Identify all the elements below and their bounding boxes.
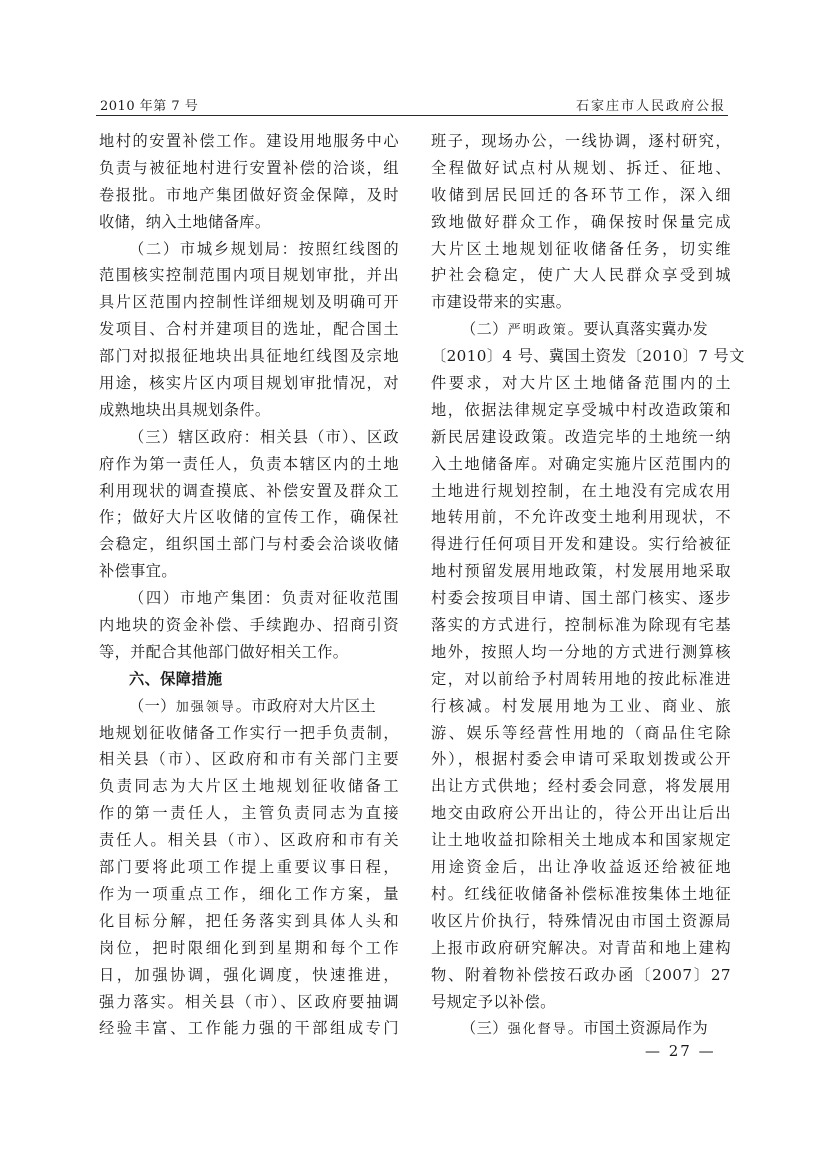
text-line: 补偿事宜。 bbox=[99, 558, 399, 585]
text-line: 利用现状的调查摸底、补偿安置及群众工 bbox=[99, 478, 399, 505]
text-line: 定，对以前给予村周转用地的按此标准进 bbox=[431, 666, 731, 693]
item-number: （二） bbox=[461, 320, 508, 338]
text-line: 收储，纳入土地储备库。 bbox=[99, 209, 399, 236]
text-line: 村。红线征收储备补偿标准按集体土地征 bbox=[431, 881, 731, 908]
text-line: 范围核实控制范围内项目规划审批，并出 bbox=[99, 262, 399, 289]
text-line: 发项目、合村并建项目的选址，配合国土 bbox=[99, 316, 399, 343]
text-line: 上报市政府研究解决。对青苗和地上建构 bbox=[431, 935, 731, 962]
text-line: 土地进行规划控制，在土地没有完成农用 bbox=[431, 478, 731, 505]
header-rule bbox=[96, 115, 728, 116]
text-line: 等，并配合其他部门做好相关工作。 bbox=[99, 639, 399, 666]
right-column: 班子，现场办公，一线协调，逐村研究，全程做好试点村从规划、拆迁、征地、收储到居民… bbox=[431, 128, 731, 1042]
text-line: 强力落实。相关县（市）、区政府要抽调 bbox=[99, 989, 399, 1016]
text-line: 市建设带来的实惠。 bbox=[431, 289, 731, 316]
left-column: 地村的安置补偿工作。建设用地服务中心负责与被征地村进行安置补偿的洽谈，组卷报批。… bbox=[99, 128, 399, 1042]
text-line: 责任人。相关县（市）、区政府和市有关 bbox=[99, 827, 399, 854]
text-line: 部门对拟报征地块出具征地红线图及宗地 bbox=[99, 343, 399, 370]
text-line: 收区片价执行，特殊情况由市国土资源局 bbox=[431, 908, 731, 935]
text-line: 号规定予以补偿。 bbox=[431, 989, 731, 1016]
text-line: 部门要将此项工作提上重要议事日程， bbox=[99, 854, 399, 881]
text-line: 具片区范围内控制性详细规划及明确可开 bbox=[99, 289, 399, 316]
text-line: 行核减。村发展用地为工业、商业、旅 bbox=[431, 693, 731, 720]
text-line: 〔2010〕4 号、冀国土资发〔2010〕7 号文 bbox=[431, 343, 731, 370]
text-line: 外），根据村委会申请可采取划拨或公开 bbox=[431, 746, 731, 773]
page-number: — 27 — bbox=[645, 1042, 716, 1060]
text-line: 地转用前，不允许改变土地利用现状，不 bbox=[431, 504, 731, 531]
text-line: 作；做好大片区收储的宣传工作，确保社 bbox=[99, 504, 399, 531]
text-line: （二）市城乡规划局：按照红线图的 bbox=[99, 236, 399, 263]
text-run: 。要认真落实冀办发 bbox=[568, 320, 708, 338]
text-line: 护社会稳定，使广大人民群众享受到城 bbox=[431, 262, 731, 289]
section-heading: 六、保障措施 bbox=[99, 666, 399, 693]
text-line: 得进行任何项目开发和建设。实行给被征 bbox=[431, 531, 731, 558]
text-line: （三）强化督导。市国土资源局作为 bbox=[431, 1015, 731, 1042]
item-number: （一） bbox=[129, 697, 176, 715]
text-line: 相关县（市）、区政府和市有关部门主要 bbox=[99, 746, 399, 773]
text-line: 地村预留发展用地政策，村发展用地采取 bbox=[431, 558, 731, 585]
text-line: 用途，核实片区内项目规划审批情况，对 bbox=[99, 370, 399, 397]
text-line: 作为一项重点工作，细化工作方案，量 bbox=[99, 881, 399, 908]
text-line: 地村的安置补偿工作。建设用地服务中心 bbox=[99, 128, 399, 155]
text-line: 全程做好试点村从规划、拆迁、征地、 bbox=[431, 155, 731, 182]
text-line: 地外，按照人均一分地的方式进行测算核 bbox=[431, 639, 731, 666]
text-line: 件要求，对大片区土地储备范围内的土 bbox=[431, 370, 731, 397]
text-line: 致地做好群众工作，确保按时保量完成 bbox=[431, 209, 731, 236]
item-number: （三） bbox=[461, 1019, 508, 1037]
text-line: 经验丰富、工作能力强的干部组成专门 bbox=[99, 1015, 399, 1042]
text-line: 会稳定，组织国土部门与村委会洽谈收储 bbox=[99, 531, 399, 558]
text-line: 大片区土地规划征收储备任务，切实维 bbox=[431, 236, 731, 263]
text-run: 。市政府对大片区土 bbox=[236, 697, 376, 715]
text-line: 负责与被征地村进行安置补偿的洽谈，组 bbox=[99, 155, 399, 182]
text-line: 岗位，把时限细化到到星期和每个工作 bbox=[99, 935, 399, 962]
text-line: （四）市地产集团：负责对征收范围 bbox=[99, 585, 399, 612]
text-line: 府作为第一责任人，负责本辖区内的土地 bbox=[99, 451, 399, 478]
text-line: 让土地收益扣除相关土地成本和国家规定 bbox=[431, 827, 731, 854]
text-line: 落实的方式进行，控制标准为除现有宅基 bbox=[431, 612, 731, 639]
text-line: 日，加强协调，强化调度，快速推进， bbox=[99, 962, 399, 989]
text-line: 收储到居民回迁的各环节工作，深入细 bbox=[431, 182, 731, 209]
text-line: （一）加强领导。市政府对大片区土 bbox=[99, 693, 399, 720]
text-line: 地规划征收储备工作实行一把手负责制， bbox=[99, 720, 399, 747]
text-line: 地，依据法律规定享受城中村改造政策和 bbox=[431, 397, 731, 424]
text-line: 用途资金后，出让净收益返还给被征地 bbox=[431, 854, 731, 881]
text-line: 卷报批。市地产集团做好资金保障，及时 bbox=[99, 182, 399, 209]
text-line: 班子，现场办公，一线协调，逐村研究， bbox=[431, 128, 731, 155]
journal-title: 石家庄市人民政府公报 bbox=[576, 95, 726, 114]
text-line: 地交由政府公开出让的，待公开出让后出 bbox=[431, 800, 731, 827]
text-line: 化目标分解，把任务落实到具体人头和 bbox=[99, 908, 399, 935]
text-line: 成熟地块出具规划条件。 bbox=[99, 397, 399, 424]
text-line: 游、娱乐等经营性用地的（商品住宅除 bbox=[431, 720, 731, 747]
text-line: （二）严明政策。要认真落实冀办发 bbox=[431, 316, 731, 343]
text-line: 物、附着物补偿按石政办函〔2007〕27 bbox=[431, 962, 731, 989]
emphasis-title: 严明政策 bbox=[508, 323, 568, 338]
text-line: 入土地储备库。对确定实施片区范围内的 bbox=[431, 451, 731, 478]
text-line: 新民居建设政策。改造完毕的土地统一纳 bbox=[431, 424, 731, 451]
text-line: 出让方式供地；经村委会同意，将发展用 bbox=[431, 773, 731, 800]
emphasis-title: 加强领导 bbox=[176, 700, 236, 715]
page-header: 2010 年第 7 号 石家庄市人民政府公报 bbox=[96, 93, 728, 115]
text-line: 内地块的资金补偿、手续跑办、招商引资 bbox=[99, 612, 399, 639]
text-line: 村委会按项目申请、国土部门核实、逐步 bbox=[431, 585, 731, 612]
text-line: （三）辖区政府：相关县（市）、区政 bbox=[99, 424, 399, 451]
issue-label: 2010 年第 7 号 bbox=[100, 95, 198, 114]
text-line: 作的第一责任人，主管负责同志为直接 bbox=[99, 800, 399, 827]
text-run: 。市国土资源局作为 bbox=[568, 1019, 708, 1037]
text-line: 负责同志为大片区土地规划征收储备工 bbox=[99, 773, 399, 800]
emphasis-title: 强化督导 bbox=[508, 1022, 568, 1037]
